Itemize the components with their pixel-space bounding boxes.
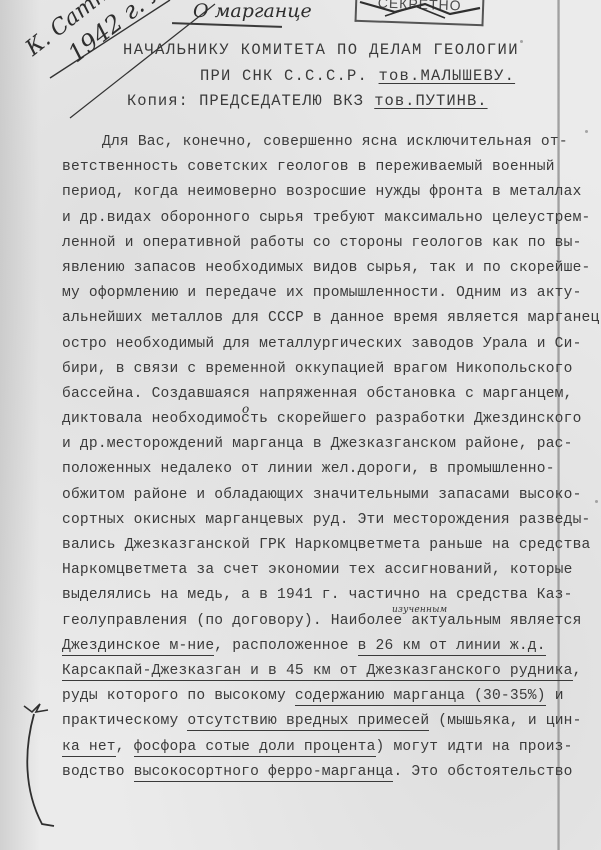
body-line: ленной и оперативной работы со стороны г…	[62, 231, 562, 256]
body-line: вались Джезказганской ГРК Наркомцветмета…	[62, 533, 562, 558]
copy-recipient-org: Копия: ПРЕДСЕДАТЕЛЮ ВКЗ	[127, 92, 364, 110]
body-line: обжитом районе и обладающих значительным…	[62, 483, 562, 508]
underlined-phrase: высокосортного ферро-марганца	[134, 764, 394, 782]
paper-speck	[595, 500, 598, 503]
body-line-text: вались Джезказганской ГРК Наркомцветмета…	[62, 537, 591, 553]
body-line: альнейших металлов для СССР в данное вре…	[62, 306, 562, 331]
body-line-text: ,	[116, 739, 134, 755]
body-line-text: явлению запасов необходимых видов сырья,…	[62, 260, 591, 276]
body-line: практическому отсутствию вредных примесе…	[62, 709, 562, 734]
body-line-text: (мышьяка, и цин-	[429, 713, 581, 729]
stamp-crossout-scribble	[355, 0, 485, 28]
underlined-phrase: фосфора сотые доли процента	[134, 739, 376, 757]
handwritten-subject: О марганце	[193, 0, 312, 22]
addressee-line-2: ПРИ СНК С.С.С.Р. тов.МАЛЫШЕВУ.	[200, 67, 515, 85]
body-line-text: обжитом районе и обладающих значительным…	[62, 487, 582, 503]
body-line-text: ветственность советских геологов в переж…	[62, 159, 555, 175]
body-line-text: период, когда неимоверно возросшие нужды…	[62, 184, 582, 200]
body-line-text: геолуправления (по договору). Наиболее а…	[62, 613, 582, 629]
body-line-text: диктовала необходимость скорейшего разра…	[62, 411, 582, 427]
body-line: руды которого по высокому содержанию мар…	[62, 684, 562, 709]
body-line: водство высокосортного ферро-марганца. Э…	[62, 760, 562, 785]
body-line: период, когда неимоверно возросшие нужды…	[62, 180, 562, 205]
body-line: бири, в связи с временной оккупацией вра…	[62, 357, 562, 382]
body-line-text: бассейна. Создавшаяся напряженная обстан…	[62, 386, 573, 402]
body-line: ветственность советских геологов в переж…	[62, 155, 562, 180]
body-line-text: положенных недалеко от линии жел.дороги,…	[62, 461, 555, 477]
addressee-copy-line: Копия: ПРЕДСЕДАТЕЛЮ ВКЗ тов.ПУТИНВ.	[127, 92, 488, 110]
letter-body: Для Вас, конечно, совершенно ясна исключ…	[62, 130, 562, 785]
scanned-document-page: К. Сатпаев 1942 г. январь О марганце СЕК…	[0, 0, 601, 850]
underlined-phrase: содержанию марганца (30-35%)	[295, 688, 546, 706]
body-line-text: и др.видах оборонного сырья требуют макс…	[62, 210, 591, 226]
body-line-text: сортных окисных марганцевых руд. Эти мес…	[62, 512, 591, 528]
body-line: Наркомцветмета за счет экономии тех асси…	[62, 558, 562, 583]
body-line: Для Вас, конечно, совершенно ясна исключ…	[62, 130, 562, 155]
body-line: диктовала необходимость скорейшего разра…	[62, 407, 562, 432]
body-line: Карсакпай-Джезказган и в 45 км от Джезка…	[62, 659, 562, 684]
body-line: геолуправления (по договору). Наиболее а…	[62, 609, 562, 634]
body-line-text: . Это обстоятельство	[393, 764, 572, 780]
body-line: бассейна. Создавшаяся напряженная обстан…	[62, 382, 562, 407]
copy-recipient-name: тов.ПУТИНВ.	[374, 92, 487, 110]
body-line-text: и	[546, 688, 564, 704]
handwritten-insert: о	[242, 397, 249, 422]
body-line-text: Наркомцветмета за счет экономии тех асси…	[62, 562, 573, 578]
body-line: Джездинское м-ние, расположенное в 26 км…	[62, 634, 562, 659]
body-line: и др.видах оборонного сырья требуют макс…	[62, 206, 562, 231]
underlined-phrase: Джездинское м-ние	[62, 638, 214, 656]
body-line: му оформлению и передаче их промышленнос…	[62, 281, 562, 306]
body-line-text: ленной и оперативной работы со стороны г…	[62, 235, 582, 251]
body-line-text: му оформлению и передаче их промышленнос…	[62, 285, 582, 301]
paper-speck	[520, 40, 523, 43]
paper-speck	[585, 130, 588, 133]
handwritten-insert: изученным	[392, 598, 447, 623]
body-line-text: ) могут идти на произ-	[376, 739, 573, 755]
body-line: ка нет, фосфора сотые доли процента) мог…	[62, 735, 562, 760]
body-line: положенных недалеко от линии жел.дороги,…	[62, 457, 562, 482]
body-line-text: ,	[573, 663, 582, 679]
addressee-org: ПРИ СНК С.С.С.Р.	[200, 67, 368, 85]
body-line: выделялись на медь, а в 1941 г. частично…	[62, 583, 562, 608]
body-line: сортных окисных марганцевых руд. Эти мес…	[62, 508, 562, 533]
body-line-text: остро необходимый для металлургических з…	[62, 336, 582, 352]
body-line-text: Для Вас, конечно, совершенно ясна исключ…	[102, 134, 568, 150]
body-line: остро необходимый для металлургических з…	[62, 332, 562, 357]
body-line-text: практическому	[62, 713, 187, 729]
body-line-text: , расположенное	[214, 638, 357, 654]
body-line-text: выделялись на медь, а в 1941 г. частично…	[62, 587, 573, 603]
body-line-text: альнейших металлов для СССР в данное вре…	[62, 310, 601, 326]
underlined-phrase: отсутствию вредных примесей	[187, 713, 429, 731]
underlined-phrase: в 26 км от линии ж.д.	[358, 638, 546, 656]
addressee-line-1: НАЧАЛЬНИКУ КОМИТЕТА ПО ДЕЛАМ ГЕОЛОГИИ	[123, 41, 519, 59]
underlined-phrase: ка нет	[62, 739, 116, 757]
body-line-text: бири, в связи с временной оккупацией вра…	[62, 361, 573, 377]
body-line-text: руды которого по высокому	[62, 688, 295, 704]
margin-bracket-mark	[18, 700, 58, 840]
addressee-name: тов.МАЛЫШЕВУ.	[379, 67, 516, 85]
body-line-text: водство	[62, 764, 134, 780]
body-line-text: и др.месторождений марганца в Джезказган…	[62, 436, 573, 452]
body-line: явлению запасов необходимых видов сырья,…	[62, 256, 562, 281]
underlined-phrase: Карсакпай-Джезказган и в 45 км от Джезка…	[62, 663, 573, 681]
body-line: и др.месторождений марганца в Джезказган…	[62, 432, 562, 457]
